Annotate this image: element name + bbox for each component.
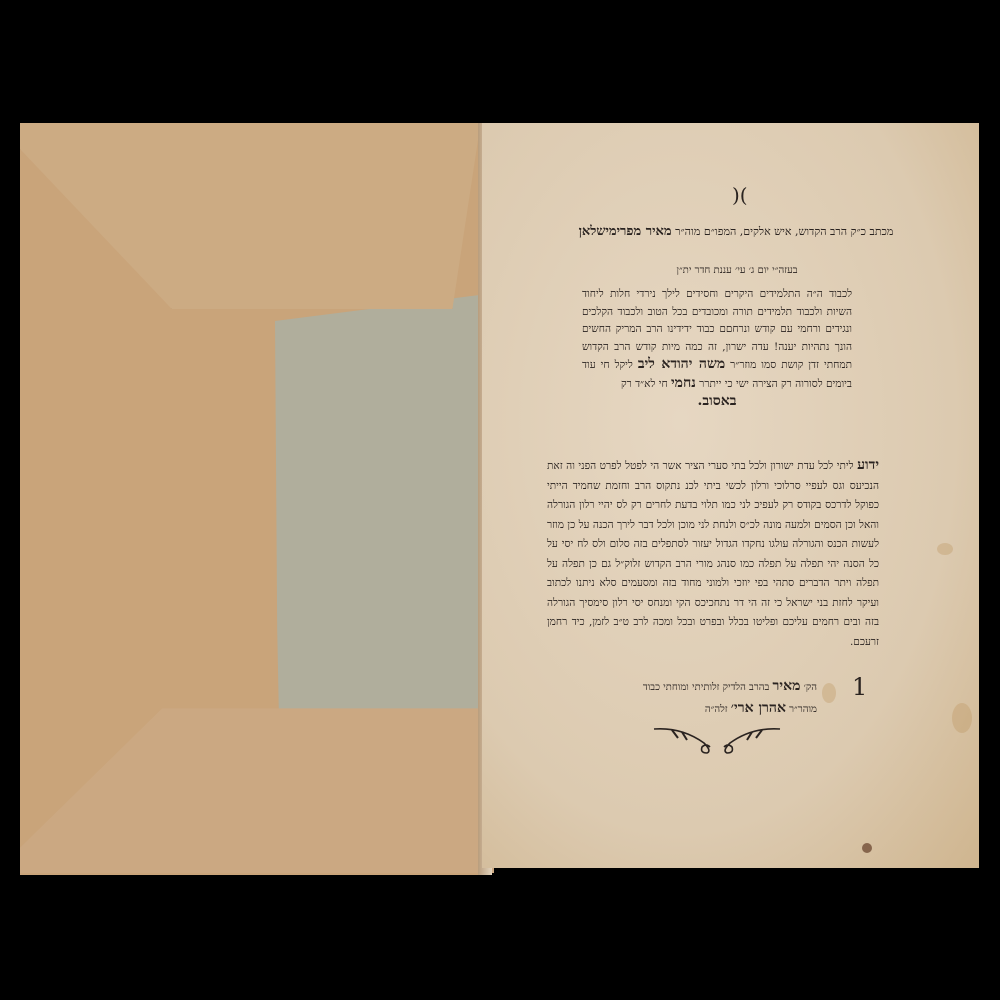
- ornamental-flourish-icon: [652, 725, 782, 755]
- signature-suffix: זלה״ה: [705, 704, 728, 715]
- signature-block: הק׳ מאיר בהרב הלדיק זלותיתי ומוחתי כבוד …: [577, 676, 817, 720]
- name-bold-1: משה יהודא ליב: [638, 356, 725, 372]
- letter-header: מכתב כ״ק הרב הקדוש, איש אלקים, המפו״ם מו…: [526, 223, 946, 239]
- name-bold-2: נחמי: [671, 375, 696, 391]
- printed-page: )( מכתב כ״ק הרב הקדוש, איש אלקים, המפו״ם…: [482, 123, 979, 868]
- signature-line-1: בהרב הלדיק זלותיתי ומוחתי כבוד: [643, 682, 769, 693]
- paragraph-1-end: חי לא״ד רק: [621, 378, 668, 390]
- signature-prefix-2: מוהר״ר: [789, 704, 817, 715]
- paragraph-1: לכבוד ה״ה התלמידים היקרים וחסידים לילך נ…: [582, 286, 852, 412]
- signature-prefix: הק׳: [804, 682, 817, 693]
- header-text: מכתב כ״ק הרב הקדוש, איש אלקים, המפו״ם מו…: [675, 225, 893, 238]
- signature-father-name: אהרן ארי׳: [731, 700, 786, 716]
- open-book: )( מכתב כ״ק הרב הקדוש, איש אלקים, המפו״ם…: [20, 123, 979, 875]
- paragraph-2-opening: ידוע: [857, 457, 879, 473]
- handwritten-margin-number: 1: [852, 673, 867, 701]
- place-bold: באסוב.: [698, 393, 737, 409]
- date-line: בעזה״י יום ג׳ עי׳ עננת חדר ית״ן: [617, 265, 857, 276]
- header-bold-name: מאיר מפרימישלאן: [579, 224, 672, 239]
- paragraph-2-text: ליתי לכל עדת ישורון ולכל בתי סערי הציר א…: [547, 460, 879, 648]
- top-ornament-mark: )(: [732, 183, 748, 207]
- signature-name: מאיר: [773, 678, 801, 694]
- paragraph-2: ידוע ליתי לכל עדת ישורון ולכל בתי סערי ה…: [547, 456, 879, 652]
